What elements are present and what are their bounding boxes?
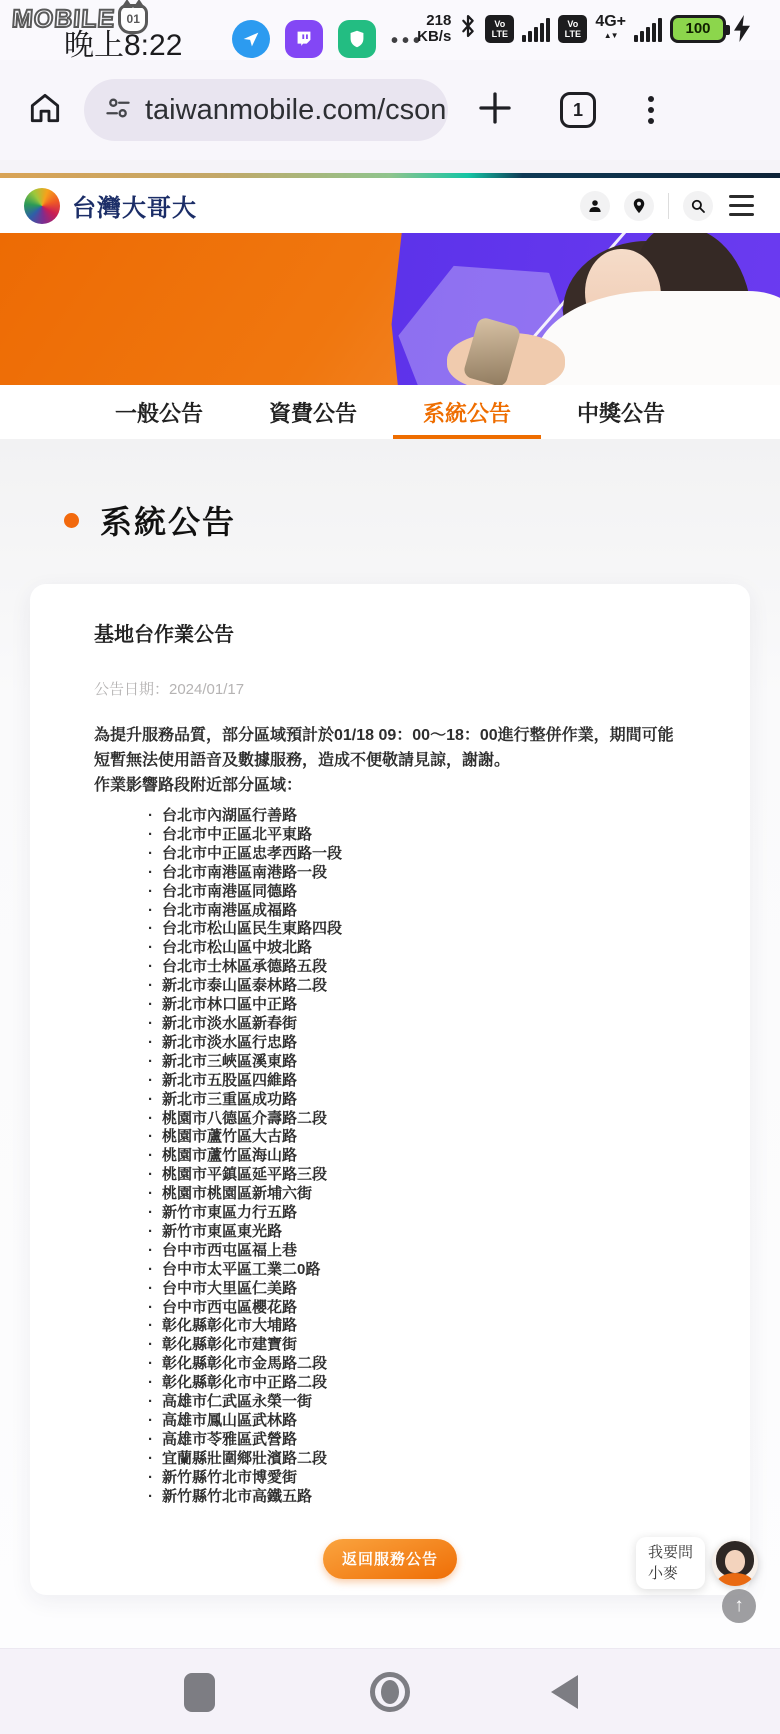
title-bullet-icon — [64, 513, 79, 528]
recent-apps-button[interactable] — [184, 1673, 215, 1712]
network-type-indicator: 4G+ ▲▼ — [595, 15, 626, 43]
brand-name[interactable]: 台灣大哥大 — [72, 188, 197, 223]
location-item: 新北市淡水區新春街 — [148, 1015, 686, 1034]
location-item: 桃園市桃園區新埔六街 — [148, 1185, 686, 1204]
browser-menu-button[interactable] — [644, 92, 658, 128]
home-button[interactable] — [26, 89, 64, 132]
location-item: 新北市泰山區泰林路二段 — [148, 977, 686, 996]
volte-badge-sim2: Vo LTE — [558, 15, 587, 43]
location-item: 彰化縣彰化市金馬路二段 — [148, 1355, 686, 1374]
chat-bubble[interactable]: 我要問 小麥 — [636, 1537, 705, 1589]
phone-screen: MOBILE 01 晚上8:22 ••• 218 KB/s — [0, 0, 780, 1734]
up-arrow-icon: ↑ — [734, 1595, 744, 1617]
location-item: 宜蘭縣壯圍鄉壯濱路二段 — [148, 1450, 686, 1469]
location-item: 台北市中正區北平東路 — [148, 826, 686, 845]
notification-icons: ••• — [232, 20, 424, 58]
location-item: 桃園市平鎮區延平路三段 — [148, 1166, 686, 1185]
location-item: 新竹縣竹北市博愛街 — [148, 1469, 686, 1488]
signal-bars-sim2 — [634, 16, 662, 42]
location-item: 彰化縣彰化市中正路二段 — [148, 1374, 686, 1393]
location-item: 新北市三峽區溪東路 — [148, 1053, 686, 1072]
tab-item[interactable]: 一般公告 — [82, 385, 236, 439]
scroll-to-top-button[interactable]: ↑ — [722, 1589, 756, 1623]
location-item: 桃園市蘆竹區海山路 — [148, 1147, 686, 1166]
location-item: 彰化縣彰化市建寶街 — [148, 1336, 686, 1355]
location-item: 新北市林口區中正路 — [148, 996, 686, 1015]
location-item: 台中市西屯區櫻花路 — [148, 1299, 686, 1318]
location-item: 高雄市鳳山區武林路 — [148, 1412, 686, 1431]
menu-button[interactable] — [727, 193, 756, 218]
location-item: 台北市南港區同德路 — [148, 883, 686, 902]
data-activity-arrows-icon: ▲▼ — [604, 29, 618, 43]
announcement-title: 基地台作業公告 — [94, 618, 686, 647]
chatbot-avatar[interactable] — [712, 1540, 758, 1586]
messenger-notification-icon — [232, 20, 270, 58]
page-title: 系統公告 — [100, 497, 236, 543]
page-title-row: 系統公告 — [0, 439, 780, 543]
tab-item[interactable]: 系統公告 — [390, 385, 544, 439]
android-navigation-bar — [0, 1648, 780, 1734]
location-item: 新竹市東區力行五路 — [148, 1204, 686, 1223]
network-speed: 218 KB/s — [417, 13, 451, 45]
signal-bars-sim1 — [522, 16, 550, 42]
location-item: 台北市松山區中坡北路 — [148, 939, 686, 958]
header-divider — [668, 193, 669, 219]
taiwan-mobile-logo-icon[interactable] — [24, 188, 60, 224]
chat-widget[interactable]: 我要問 小麥 — [636, 1537, 758, 1589]
location-item: 新竹縣竹北市高鐵五路 — [148, 1488, 686, 1507]
location-item: 桃園市八德區介壽路二段 — [148, 1110, 686, 1129]
tab-switcher-button[interactable]: 1 — [560, 92, 596, 128]
address-bar[interactable]: taiwanmobile.com/cson — [84, 79, 448, 141]
brand-gradient-bar — [0, 173, 780, 178]
tab-item[interactable]: 資費公告 — [236, 385, 390, 439]
battery-indicator: 100 — [670, 15, 726, 43]
location-item: 台北市松山區民生東路四段 — [148, 920, 686, 939]
location-item: 台北市士林區承德路五段 — [148, 958, 686, 977]
location-item: 台北市南港區南港路一段 — [148, 864, 686, 883]
page-content: 系統公告 基地台作業公告 公告日期：2024/01/17 為提升服務品質，部分區… — [0, 439, 780, 1648]
android-back-button[interactable] — [551, 1675, 578, 1709]
location-item: 台中市大里區仁美路 — [148, 1280, 686, 1299]
location-item: 新北市五股區四維路 — [148, 1072, 686, 1091]
tab-item[interactable]: 中獎公告 — [544, 385, 698, 439]
location-item: 桃園市蘆竹區大古路 — [148, 1128, 686, 1147]
affected-locations-list: 台北市內湖區行善路 台北市中正區北平東路 台北市中正區忠孝西路一段 台北市南港區… — [94, 807, 686, 1507]
charging-bolt-icon — [734, 15, 750, 42]
hero-banner — [0, 233, 780, 385]
new-tab-button[interactable] — [474, 87, 516, 134]
url-text: taiwanmobile.com/cson — [145, 94, 446, 127]
location-item: 新北市三重區成功路 — [148, 1091, 686, 1110]
location-item: 高雄市苓雅區武營路 — [148, 1431, 686, 1450]
site-header: 台灣大哥大 — [0, 178, 780, 233]
shield-notification-icon — [338, 20, 376, 58]
location-item: 台中市西屯區福上巷 — [148, 1242, 686, 1261]
volte-badge-sim1: Vo LTE — [485, 15, 514, 43]
announcement-card: 基地台作業公告 公告日期：2024/01/17 為提升服務品質，部分區域預計於0… — [30, 584, 750, 1595]
location-item: 新竹市東區東光路 — [148, 1223, 686, 1242]
android-home-button[interactable] — [370, 1672, 410, 1712]
browser-toolbar: taiwanmobile.com/cson 1 — [0, 60, 780, 160]
status-indicators: 218 KB/s Vo LTE Vo LTE 4G+ ▲▼ — [417, 12, 750, 45]
location-item: 台北市內湖區行善路 — [148, 807, 686, 826]
location-item: 新北市淡水區行忠路 — [148, 1034, 686, 1053]
announcement-tabs: 一般公告 資費公告 系統公告 中獎公告 — [0, 385, 780, 439]
back-to-announcements-button[interactable]: 返回服務公告 — [323, 1539, 457, 1579]
account-button[interactable] — [580, 191, 610, 221]
twitch-notification-icon — [285, 20, 323, 58]
bluetooth-icon — [459, 12, 477, 45]
announcement-date: 公告日期：2024/01/17 — [94, 678, 686, 699]
page-top-strip — [0, 160, 780, 173]
status-bar: MOBILE 01 晚上8:22 ••• 218 KB/s — [0, 0, 780, 60]
announcement-body: 為提升服務品質，部分區域預計於01/18 09：00～18：00進行整併作業，期… — [94, 723, 686, 773]
location-item: 台北市中正區忠孝西路一段 — [148, 845, 686, 864]
site-settings-tune-icon — [104, 94, 132, 127]
location-item: 台北市南港區成福路 — [148, 902, 686, 921]
location-item: 彰化縣彰化市大埔路 — [148, 1317, 686, 1336]
search-button[interactable] — [683, 191, 713, 221]
store-locator-button[interactable] — [624, 191, 654, 221]
location-item: 高雄市仁武區永榮一街 — [148, 1393, 686, 1412]
clock: 晚上8:22 — [64, 20, 182, 64]
announcement-body-intro: 作業影響路段附近部分區域： — [94, 773, 686, 798]
location-item: 台中市太平區工業二0路 — [148, 1261, 686, 1280]
header-actions — [580, 191, 756, 221]
